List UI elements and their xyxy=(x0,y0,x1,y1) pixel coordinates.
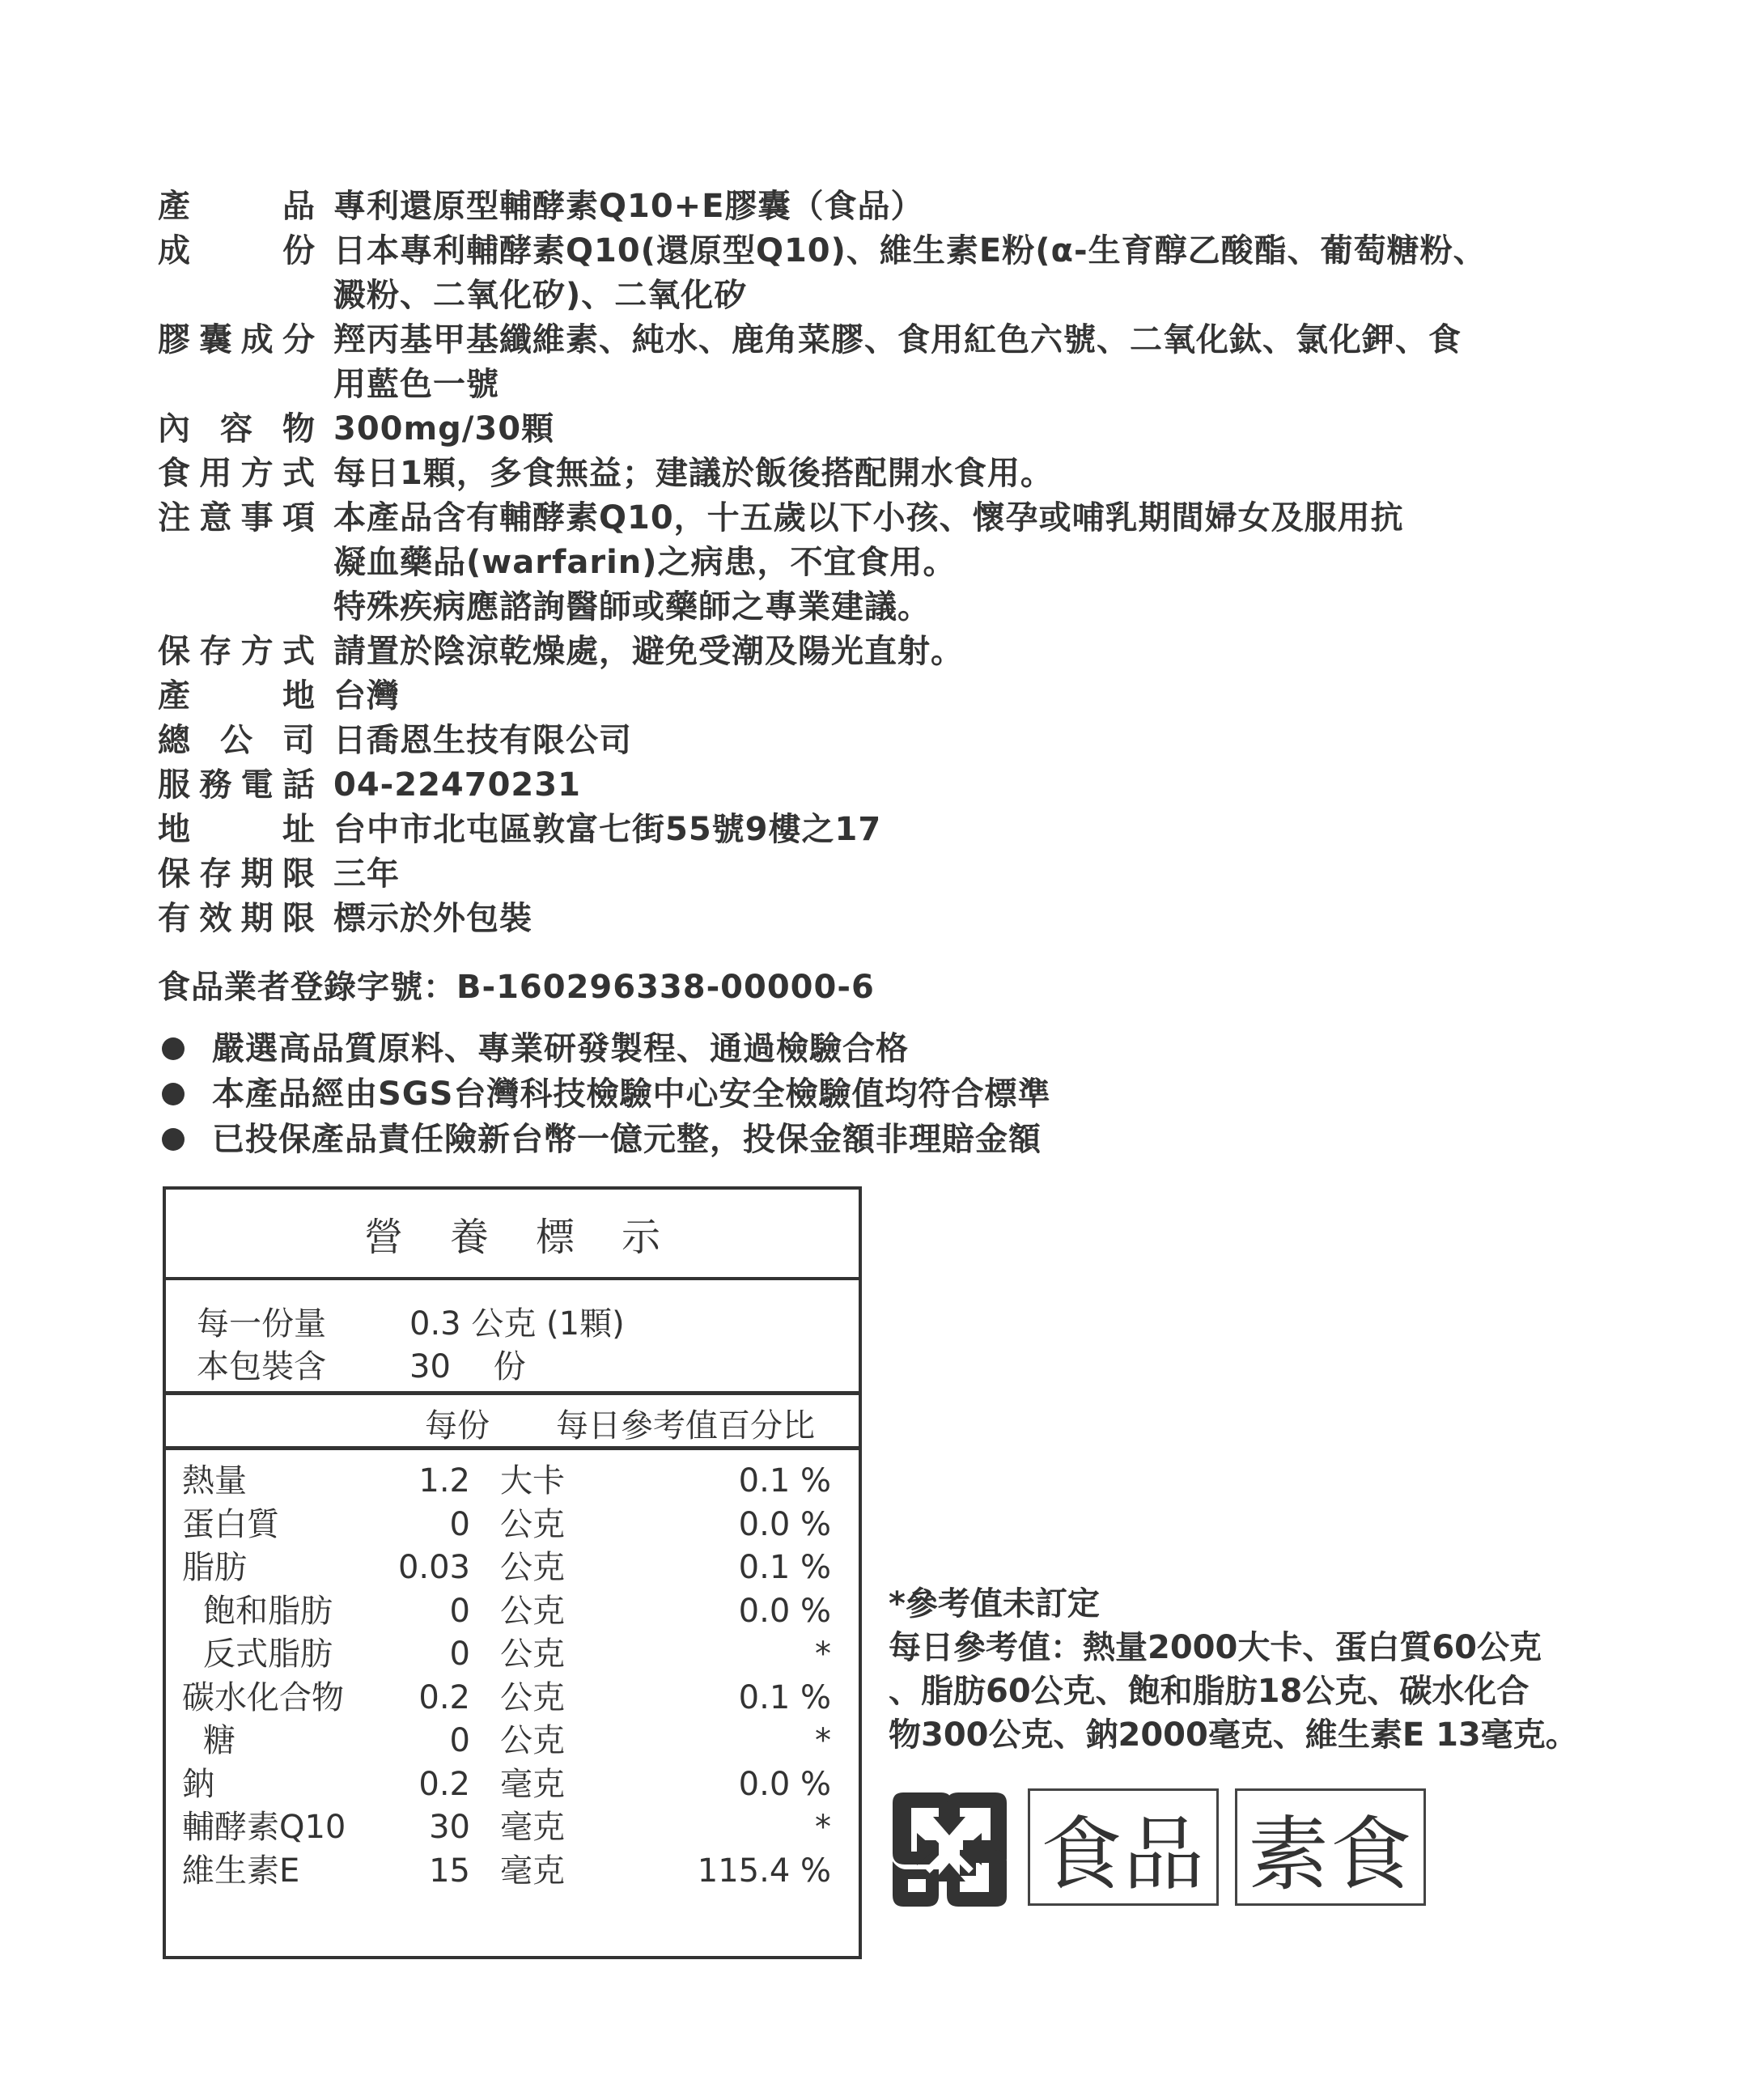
spec-label-char: 項 xyxy=(282,496,316,630)
nutrient-name: 碳水化合物 xyxy=(182,1677,344,1720)
spec-label-char: 存 xyxy=(199,852,232,897)
nutrient-name: 脂肪 xyxy=(182,1546,247,1590)
spec-value-line: 特殊疾病應諮詢醫師或藥師之專業建議。 xyxy=(333,585,1631,630)
spec-label-char: 存 xyxy=(199,630,232,674)
food-stamp: 食品 xyxy=(1028,1788,1219,1906)
spec-row: 保存期限三年 xyxy=(158,852,1631,897)
spec-value-line: 本產品含有輔酵素Q10，十五歲以下小孩、懷孕或哺乳期間婦女及服用抗 xyxy=(333,496,1631,541)
spec-value-line: 請置於陰涼乾燥處，避免受潮及陽光直射。 xyxy=(333,630,1631,674)
nutrient-unit: 大卡 xyxy=(500,1460,565,1504)
nutrient-amount: 0 xyxy=(450,1590,470,1634)
spec-label: 產地 xyxy=(158,674,316,719)
spec-label-char: 保 xyxy=(158,852,191,897)
spec-row: 膠囊成分羥丙基甲基纖維素、純水、鹿角菜膠、食用紅色六號、二氧化鈦、氯化鉀、食用藍… xyxy=(158,318,1631,407)
spec-label-char: 意 xyxy=(199,496,232,630)
spec-value-line: 凝血藥品(warfarin)之病患，不宜食用。 xyxy=(333,541,1631,585)
spec-label: 膠囊成分 xyxy=(158,318,316,407)
spec-value-line: 專利還原型輔酵素Q10+E膠囊（食品） xyxy=(333,185,1631,229)
feature-bullets: 嚴選高品質原料、專業研發製程、通過檢驗合格 本產品經由SGS台灣科技檢驗中心安全… xyxy=(162,1026,1050,1162)
spec-row: 注意事項本產品含有輔酵素Q10，十五歲以下小孩、懷孕或哺乳期間婦女及服用抗凝血藥… xyxy=(158,496,1631,630)
nutrient-unit: 公克 xyxy=(500,1677,565,1720)
spec-label-char: 用 xyxy=(199,452,232,496)
bullet-text: 嚴選高品質原料、專業研發製程、通過檢驗合格 xyxy=(212,1026,909,1071)
spec-label-char: 囊 xyxy=(199,318,232,407)
col-per-serving: 每份 xyxy=(425,1400,490,1446)
nutrient-daily-percent: 0.0 % xyxy=(739,1590,831,1634)
nutrition-facts-table: 營養標示 每一份量 0.3 公克 (1顆) 本包裝含 30 份 每份 每日參考值… xyxy=(163,1186,862,1959)
spec-label-char: 效 xyxy=(199,897,232,941)
spec-label-char: 產 xyxy=(158,185,191,229)
spec-row: 產地台灣 xyxy=(158,674,1631,719)
spec-value-line: 標示於外包裝 xyxy=(333,897,1631,941)
spec-value-line: 澱粉、二氧化矽)、二氧化矽 xyxy=(333,274,1631,318)
nutrient-daily-percent: 0.0 % xyxy=(739,1763,831,1807)
spec-value-line: 用藍色一號 xyxy=(333,363,1631,407)
nutrient-unit: 公克 xyxy=(500,1546,565,1590)
nutrient-daily-percent: 115.4 % xyxy=(698,1850,831,1894)
spec-value-line: 每日1顆，多食無益；建議於飯後搭配開水食用。 xyxy=(333,452,1631,496)
col-daily-percent: 每日參考值百分比 xyxy=(556,1400,815,1446)
spec-label-char: 品 xyxy=(282,185,316,229)
nutrition-row: 鈉0.2毫克0.0 % xyxy=(166,1763,859,1807)
nutrition-column-header: 每份 每日參考值百分比 xyxy=(166,1395,859,1450)
nutrition-title: 營養標示 xyxy=(166,1190,859,1280)
nutrient-amount: 0.2 xyxy=(418,1763,470,1807)
spec-label: 服務電話 xyxy=(158,763,316,808)
spec-label-char: 限 xyxy=(282,852,316,897)
note-line: 、脂肪60公克、飽和脂肪18公克、碳水化合 xyxy=(889,1669,1633,1713)
spec-row: 保存方式請置於陰涼乾燥處，避免受潮及陽光直射。 xyxy=(158,630,1631,674)
spec-value: 台中市北屯區敦富七街55號9樓之17 xyxy=(333,808,1631,852)
spec-value-line: 300mg/30顆 xyxy=(333,407,1631,452)
spec-value: 請置於陰涼乾燥處，避免受潮及陽光直射。 xyxy=(333,630,1631,674)
nutrient-name: 飽和脂肪 xyxy=(203,1590,333,1634)
spec-label-char: 司 xyxy=(282,719,316,763)
bullet-dot-icon xyxy=(162,1083,185,1105)
bullet-dot-icon xyxy=(162,1037,185,1060)
spec-value: 04-22470231 xyxy=(333,763,1631,808)
spec-label-char: 務 xyxy=(199,763,232,808)
spec-label-char: 物 xyxy=(282,407,316,452)
bullet-text: 已投保產品責任險新台幣一億元整，投保金額非理賠金額 xyxy=(212,1117,1042,1162)
nutrient-amount: 0 xyxy=(450,1720,470,1763)
nutrient-unit: 公克 xyxy=(500,1590,565,1634)
spec-label-char: 事 xyxy=(241,496,274,630)
bullet-item: 本產品經由SGS台灣科技檢驗中心安全檢驗值均符合標準 xyxy=(162,1071,1050,1117)
spec-label-char: 成 xyxy=(158,229,191,318)
spec-value-line: 日本專利輔酵素Q10(還原型Q10)、維生素E粉(α-生育醇乙酸酯、葡萄糖粉、 xyxy=(333,229,1631,274)
spec-label: 有效期限 xyxy=(158,897,316,941)
nutrient-daily-percent: * xyxy=(815,1806,831,1850)
spec-label: 保存方式 xyxy=(158,630,316,674)
spec-row: 內容物300mg/30顆 xyxy=(158,407,1631,452)
spec-value-line: 三年 xyxy=(333,852,1631,897)
spec-label-char: 地 xyxy=(282,674,316,719)
spec-row: 地址台中市北屯區敦富七街55號9樓之17 xyxy=(158,808,1631,852)
spec-label-char: 膠 xyxy=(158,318,191,407)
spec-label-char: 公 xyxy=(220,719,253,763)
nutrient-amount: 0 xyxy=(450,1633,470,1677)
reference-note: *參考值未訂定 每日參考值：熱量2000大卡、蛋白質60公克 、脂肪60公克、飽… xyxy=(889,1582,1633,1757)
nutrient-unit: 毫克 xyxy=(500,1850,565,1894)
nutrition-row: 反式脂肪0公克* xyxy=(166,1633,859,1677)
serving-size-value: 0.3 公克 (1顆) xyxy=(409,1303,625,1346)
nutrient-amount: 1.2 xyxy=(418,1460,470,1504)
nutrient-unit: 毫克 xyxy=(500,1763,565,1807)
nutrient-unit: 公克 xyxy=(500,1633,565,1677)
spec-label-char: 方 xyxy=(241,630,274,674)
spec-label: 內容物 xyxy=(158,407,316,452)
spec-label-char: 分 xyxy=(282,318,316,407)
spec-row: 成份日本專利輔酵素Q10(還原型Q10)、維生素E粉(α-生育醇乙酸酯、葡萄糖粉… xyxy=(158,229,1631,318)
spec-value-line: 日喬恩生技有限公司 xyxy=(333,719,1631,763)
servings-per-package-row: 本包裝含 30 份 xyxy=(197,1346,859,1389)
spec-row: 食用方式每日1顆，多食無益；建議於飯後搭配開水食用。 xyxy=(158,452,1631,496)
spec-value: 標示於外包裝 xyxy=(333,897,1631,941)
spec-label-char: 內 xyxy=(158,407,191,452)
spec-row: 總公司日喬恩生技有限公司 xyxy=(158,719,1631,763)
spec-value-line: 台中市北屯區敦富七街55號9樓之17 xyxy=(333,808,1631,852)
spec-label-char: 注 xyxy=(158,496,191,630)
nutrient-unit: 公克 xyxy=(500,1504,565,1547)
spec-row: 服務電話04-22470231 xyxy=(158,763,1631,808)
nutrient-amount: 15 xyxy=(429,1850,470,1894)
spec-value: 三年 xyxy=(333,852,1631,897)
nutrient-daily-percent: 0.1 % xyxy=(739,1677,831,1720)
nutrition-row: 糖0公克* xyxy=(166,1720,859,1763)
spec-label-char: 總 xyxy=(158,719,191,763)
spec-label-char: 方 xyxy=(241,452,274,496)
bullet-dot-icon xyxy=(162,1128,185,1151)
spec-label-char: 有 xyxy=(158,897,191,941)
spec-label-char: 址 xyxy=(282,808,316,852)
nutrient-amount: 0.03 xyxy=(398,1546,470,1590)
nutrition-row: 維生素E15毫克115.4 % xyxy=(166,1850,859,1894)
nutrition-row: 飽和脂肪0公克0.0 % xyxy=(166,1590,859,1634)
spec-label-char: 式 xyxy=(282,452,316,496)
servings-value: 30 份 xyxy=(409,1346,526,1389)
spec-label-char: 電 xyxy=(241,763,274,808)
spec-label-char: 產 xyxy=(158,674,191,719)
spec-label-char: 地 xyxy=(158,808,191,852)
recycle-icon xyxy=(889,1788,1010,1910)
spec-label: 食用方式 xyxy=(158,452,316,496)
bullet-item: 嚴選高品質原料、專業研發製程、通過檢驗合格 xyxy=(162,1026,1050,1071)
spec-value: 專利還原型輔酵素Q10+E膠囊（食品） xyxy=(333,185,1631,229)
nutrient-daily-percent: 0.1 % xyxy=(739,1546,831,1590)
serving-size-label: 每一份量 xyxy=(197,1303,409,1346)
nutrition-rows: 熱量1.2大卡0.1 %蛋白質0公克0.0 %脂肪0.03公克0.1 %飽和脂肪… xyxy=(166,1450,859,1893)
nutrient-amount: 0.2 xyxy=(418,1677,470,1720)
spec-row: 產品專利還原型輔酵素Q10+E膠囊（食品） xyxy=(158,185,1631,229)
note-line: *參考值未訂定 xyxy=(889,1582,1633,1626)
spec-value: 日本專利輔酵素Q10(還原型Q10)、維生素E粉(α-生育醇乙酸酯、葡萄糖粉、澱… xyxy=(333,229,1631,318)
certification-icons: 食品 素食 xyxy=(889,1788,1442,1910)
spec-label-char: 話 xyxy=(282,763,316,808)
nutrient-name: 反式脂肪 xyxy=(203,1633,333,1677)
spec-value: 日喬恩生技有限公司 xyxy=(333,719,1631,763)
spec-value-line: 04-22470231 xyxy=(333,763,1631,808)
nutrient-name: 蛋白質 xyxy=(182,1504,279,1547)
nutrient-unit: 毫克 xyxy=(500,1806,565,1850)
spec-label-char: 容 xyxy=(220,407,253,452)
spec-label: 成份 xyxy=(158,229,316,318)
spec-label-char: 限 xyxy=(282,897,316,941)
bullet-item: 已投保產品責任險新台幣一億元整，投保金額非理賠金額 xyxy=(162,1117,1050,1162)
spec-label-char: 式 xyxy=(282,630,316,674)
spec-label: 總公司 xyxy=(158,719,316,763)
bullet-text: 本產品經由SGS台灣科技檢驗中心安全檢驗值均符合標準 xyxy=(212,1071,1050,1117)
spec-label: 注意事項 xyxy=(158,496,316,630)
spec-label-char: 食 xyxy=(158,452,191,496)
nutrient-name: 輔酵素Q10 xyxy=(182,1806,346,1850)
vegetarian-stamp: 素食 xyxy=(1235,1788,1426,1906)
spec-value: 羥丙基甲基纖維素、純水、鹿角菜膠、食用紅色六號、二氧化鈦、氯化鉀、食用藍色一號 xyxy=(333,318,1631,407)
spec-label: 地址 xyxy=(158,808,316,852)
note-line: 物300公克、鈉2000毫克、維生素E 13毫克。 xyxy=(889,1713,1633,1757)
nutrient-unit: 公克 xyxy=(500,1720,565,1763)
spec-value-line: 台灣 xyxy=(333,674,1631,719)
nutrient-name: 熱量 xyxy=(182,1460,247,1504)
spec-label-char: 服 xyxy=(158,763,191,808)
spec-label-char: 成 xyxy=(241,318,274,407)
spec-label: 保存期限 xyxy=(158,852,316,897)
spec-label-char: 份 xyxy=(282,229,316,318)
nutrition-row: 碳水化合物0.2公克0.1 % xyxy=(166,1677,859,1720)
spec-label: 產品 xyxy=(158,185,316,229)
spec-label-char: 保 xyxy=(158,630,191,674)
servings-label: 本包裝含 xyxy=(197,1346,409,1389)
nutrient-name: 鈉 xyxy=(182,1763,214,1807)
spec-label-char: 期 xyxy=(241,897,274,941)
spec-value: 台灣 xyxy=(333,674,1631,719)
nutrient-daily-percent: 0.0 % xyxy=(739,1504,831,1547)
nutrition-row: 熱量1.2大卡0.1 % xyxy=(166,1460,859,1504)
nutrition-row: 蛋白質0公克0.0 % xyxy=(166,1504,859,1547)
spec-value: 每日1顆，多食無益；建議於飯後搭配開水食用。 xyxy=(333,452,1631,496)
nutrient-name: 維生素E xyxy=(182,1850,299,1894)
registration-number: 食品業者登錄字號：B-160296338-00000-6 xyxy=(158,965,875,1010)
nutrition-row: 脂肪0.03公克0.1 % xyxy=(166,1546,859,1590)
serving-size-row: 每一份量 0.3 公克 (1顆) xyxy=(197,1303,859,1346)
nutrient-name: 糖 xyxy=(203,1720,235,1763)
serving-info: 每一份量 0.3 公克 (1顆) 本包裝含 30 份 xyxy=(166,1280,859,1395)
spec-value-line: 羥丙基甲基纖維素、純水、鹿角菜膠、食用紅色六號、二氧化鈦、氯化鉀、食 xyxy=(333,318,1631,363)
nutrition-row: 輔酵素Q1030毫克* xyxy=(166,1806,859,1850)
spec-label-char: 期 xyxy=(241,852,274,897)
note-line: 每日參考值：熱量2000大卡、蛋白質60公克 xyxy=(889,1626,1633,1669)
nutrient-amount: 30 xyxy=(429,1806,470,1850)
nutrient-amount: 0 xyxy=(450,1504,470,1547)
spec-row: 有效期限標示於外包裝 xyxy=(158,897,1631,941)
nutrient-daily-percent: * xyxy=(815,1633,831,1677)
nutrient-daily-percent: * xyxy=(815,1720,831,1763)
spec-value: 300mg/30顆 xyxy=(333,407,1631,452)
spec-value: 本產品含有輔酵素Q10，十五歲以下小孩、懷孕或哺乳期間婦女及服用抗凝血藥品(wa… xyxy=(333,496,1631,630)
product-spec-list: 產品專利還原型輔酵素Q10+E膠囊（食品）成份日本專利輔酵素Q10(還原型Q10… xyxy=(158,185,1631,941)
nutrient-daily-percent: 0.1 % xyxy=(739,1460,831,1504)
